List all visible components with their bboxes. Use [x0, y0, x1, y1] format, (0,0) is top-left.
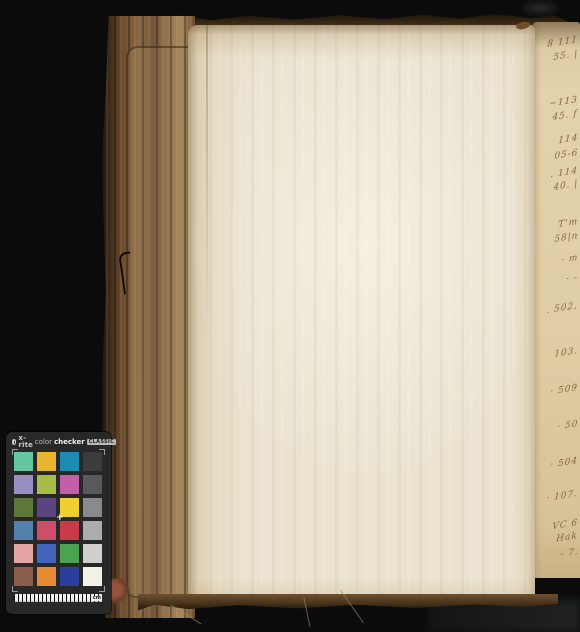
- handwriting-fragment: 8 111: [547, 36, 578, 50]
- color-patch-r6c3: [60, 567, 79, 586]
- handwriting-fragment: Hak: [556, 532, 578, 545]
- handwriting-fragment: · 504: [550, 457, 578, 471]
- ruler-unit-label: cm: [92, 596, 102, 601]
- handwritten-page-edge: 8 11155. |~11345. f11405-6. 11440. |T'm5…: [532, 22, 580, 578]
- color-patch-r1c3: [60, 452, 79, 471]
- handwriting-fragment: - 7.: [559, 548, 578, 560]
- handwriting-fragment: · 107.: [546, 490, 578, 504]
- color-patch-r5c1: [14, 544, 33, 563]
- ruler-strip: cm: [14, 594, 102, 602]
- color-patch-r2c4: [83, 475, 102, 494]
- background-haze-top: [518, 0, 562, 16]
- handwriting-fragment: VC 6: [552, 519, 578, 532]
- handwriting-fragment: T'm: [558, 218, 578, 230]
- color-patch-r5c4: [83, 544, 102, 563]
- color-patch-r4c4: [83, 521, 102, 540]
- blank-book-page: [188, 25, 535, 603]
- xrite-icon: [12, 439, 16, 445]
- colorchecker-product-label: colorchecker CLASSIC: [35, 439, 116, 446]
- handwriting-fragment: · m: [561, 254, 579, 266]
- color-patch-r1c2: [37, 452, 56, 471]
- xrite-logo: x-rite: [12, 435, 35, 449]
- handwriting-fragment: 114: [558, 134, 578, 146]
- color-patch-r4c3: [60, 521, 79, 540]
- xrite-brand-label: x-rite: [18, 435, 34, 449]
- handwriting-fragment: 58|n: [554, 232, 578, 245]
- color-patch-r1c4: [83, 452, 102, 471]
- color-patch-r3c1: [14, 498, 33, 517]
- handwriting-fragment: 45. f: [553, 110, 579, 123]
- colorchecker-card: x-rite colorchecker CLASSIC + cm: [6, 432, 111, 614]
- handwriting-fragment: · -: [566, 274, 578, 285]
- handwriting-fragment: · 509: [550, 384, 578, 398]
- page-fold-line: [206, 25, 208, 343]
- crop-mark-icon: [99, 586, 105, 592]
- handwriting-fragment: 40. |: [553, 180, 578, 193]
- handwriting-fragment: . 114: [550, 167, 578, 181]
- color-patch-r1c1: [14, 452, 33, 471]
- color-patch-r3c4: [83, 498, 102, 517]
- handwriting-fragment: 05-6: [554, 149, 578, 162]
- color-patch-r2c2: [37, 475, 56, 494]
- product-word-color: color: [35, 439, 52, 446]
- product-word-checker: checker: [54, 439, 85, 446]
- page-shadow-bottom: [188, 25, 535, 603]
- color-patch-r4c1: [14, 521, 33, 540]
- color-patch-r5c3: [60, 544, 79, 563]
- color-patch-r6c1: [14, 567, 33, 586]
- classic-badge: CLASSIC: [87, 439, 116, 445]
- color-patch-r2c3: [60, 475, 79, 494]
- color-patch-r2c1: [14, 475, 33, 494]
- handwriting-fragment: 55. |: [553, 50, 578, 63]
- registration-cross-icon: +: [56, 514, 64, 523]
- crop-mark-icon: [12, 586, 18, 592]
- archival-photo-stage: 8 11155. |~11345. f11405-6. 11440. |T'm5…: [0, 0, 580, 632]
- colorchecker-header: x-rite colorchecker CLASSIC: [12, 436, 106, 448]
- color-patch-r4c2: [37, 521, 56, 540]
- handwriting-fragment: 103.: [554, 347, 578, 360]
- color-patch-r6c4: [83, 567, 102, 586]
- handwriting-fragment: · 50: [557, 420, 578, 433]
- handwriting-fragment: ~113: [549, 96, 578, 110]
- color-patch-r5c2: [37, 544, 56, 563]
- color-patch-r3c2: [37, 498, 56, 517]
- color-patch-r6c2: [37, 567, 56, 586]
- handwriting-fragment: . 502,: [546, 302, 578, 316]
